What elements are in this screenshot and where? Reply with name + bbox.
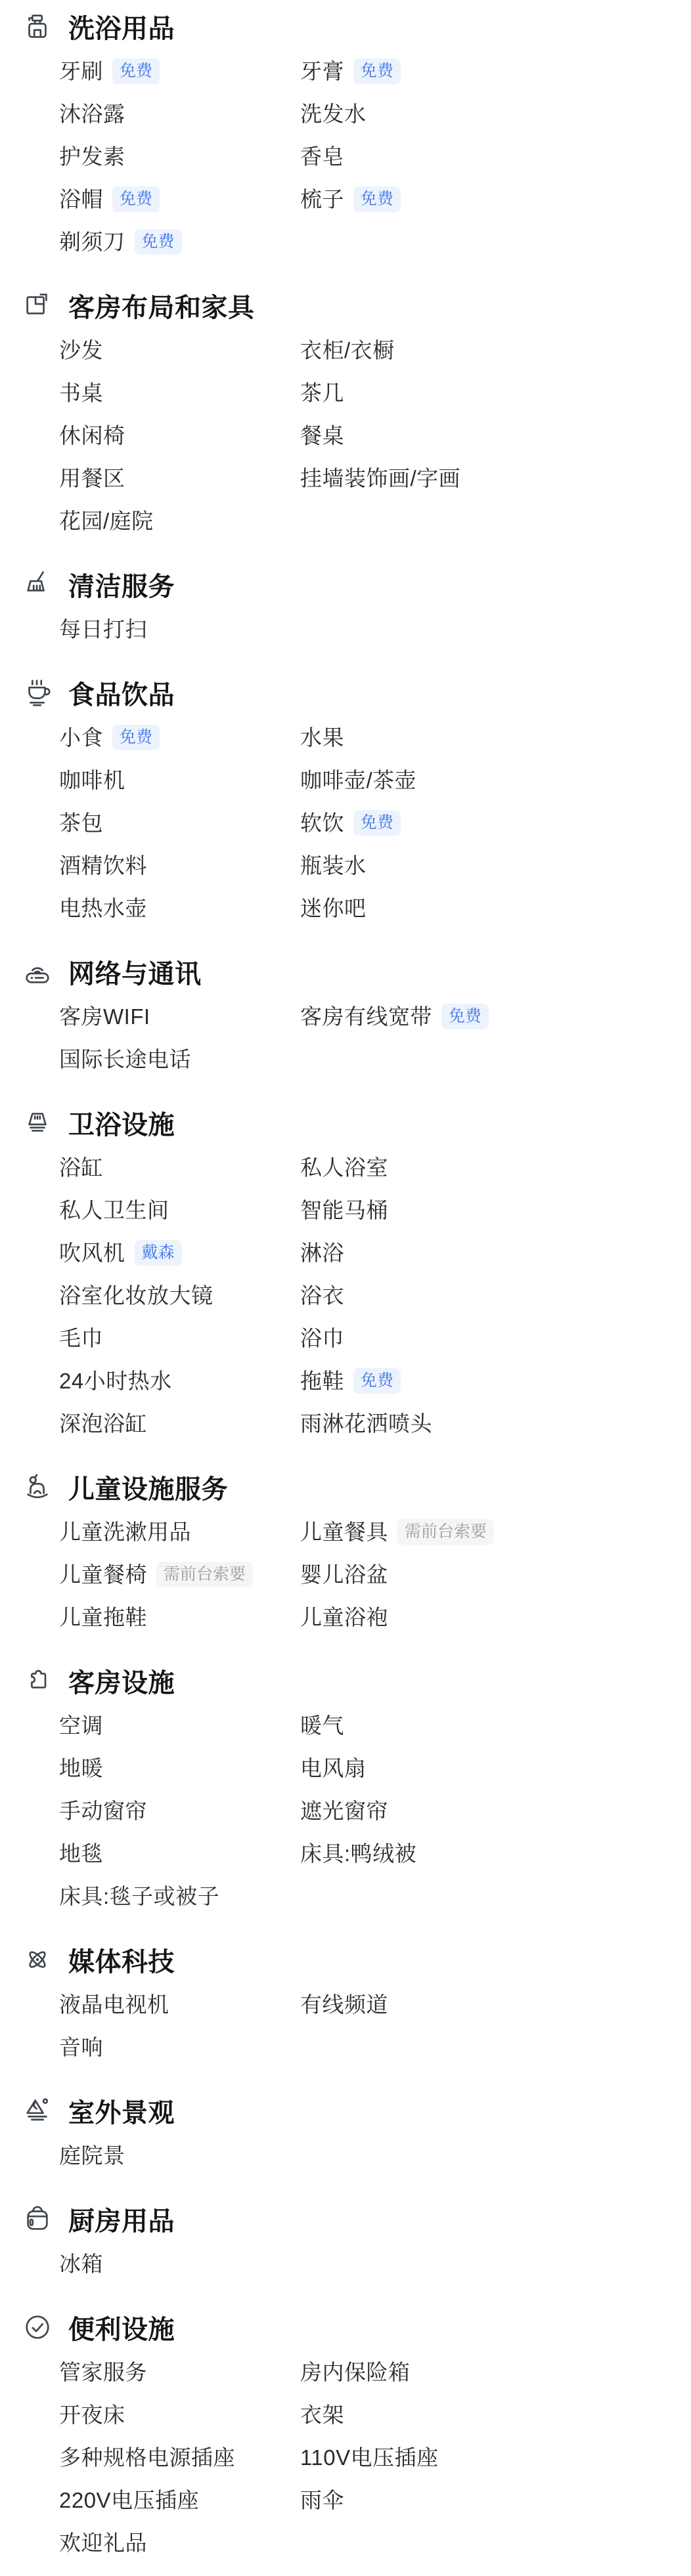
amenity-item: 手动窗帘: [59, 1798, 300, 1824]
amenity-row: 电热水壶迷你吧: [0, 887, 691, 930]
amenity-item: 瓶装水: [300, 853, 691, 879]
amenity-row: 地暖电风扇: [0, 1747, 691, 1790]
amenity-row: 空调暖气: [0, 1704, 691, 1747]
section-header: 厨房用品: [0, 2195, 691, 2243]
amenity-label: 110V电压插座: [300, 2445, 439, 2471]
amenity-row: 冰箱: [0, 2243, 691, 2285]
amenity-label: 浴室化妆放大镜: [59, 1283, 213, 1309]
amenity-row: 毛巾浴巾: [0, 1317, 691, 1360]
amenity-label: 有线频道: [300, 1992, 388, 2018]
amenity-item: 茶包: [59, 810, 300, 836]
amenity-item: 雨淋花洒喷头: [300, 1411, 691, 1437]
amenity-label: 私人卫生间: [59, 1197, 169, 1224]
amenity-item: 液晶电视机: [59, 1992, 300, 2018]
free-badge: 免费: [353, 810, 401, 836]
section-kids-facilities: 儿童设施服务儿童洗漱用品儿童餐具需前台索要儿童餐椅需前台索要婴儿浴盆儿童拖鞋儿童…: [0, 1445, 691, 1639]
section-title: 清洁服务: [68, 566, 175, 603]
amenity-label: 多种规格电源插座: [59, 2445, 235, 2471]
amenity-label: 24小时热水: [59, 1368, 172, 1394]
amenity-row: 浴缸私人浴室: [0, 1146, 691, 1189]
amenity-label: 雨伞: [300, 2487, 344, 2514]
amenity-label: 沐浴露: [59, 101, 125, 127]
section-bathroom-facilities: 卫浴设施浴缸私人浴室私人卫生间智能马桶吹风机戴森淋浴浴室化妆放大镜浴衣毛巾浴巾2…: [0, 1081, 691, 1445]
amenity-row: 管家服务房内保险箱: [0, 2351, 691, 2394]
section-title: 厨房用品: [68, 2200, 175, 2238]
free-badge: 免费: [353, 186, 401, 212]
section-header: 儿童设施服务: [0, 1463, 691, 1511]
amenity-label: 牙刷: [59, 58, 103, 85]
amenity-item: 淋浴: [300, 1240, 691, 1266]
amenity-item: 儿童浴袍: [300, 1604, 691, 1631]
amenity-row: 地毯床具:鸭绒被: [0, 1832, 691, 1875]
section-outdoor-view: 室外景观庭院景: [0, 2069, 691, 2177]
amenity-item: 吹风机戴森: [59, 1240, 300, 1266]
section-room-layout-furniture: 客房布局和家具沙发衣柜/衣橱书桌茶几休闲椅餐桌用餐区挂墙装饰画/字画花园/庭院: [0, 263, 691, 542]
section-title: 网络与通讯: [68, 953, 202, 991]
amenity-row: 吹风机戴森淋浴: [0, 1232, 691, 1274]
amenity-label: 空调: [59, 1713, 103, 1739]
amenity-row: 书桌茶几: [0, 372, 691, 414]
amenity-item: 浴衣: [300, 1283, 691, 1309]
amenity-item: 多种规格电源插座: [59, 2445, 300, 2471]
amenity-row: 儿童餐椅需前台索要婴儿浴盆: [0, 1553, 691, 1596]
amenity-item: 沙发: [59, 337, 300, 364]
amenity-row: 手动窗帘遮光窗帘: [0, 1790, 691, 1832]
pot-icon: [22, 2204, 53, 2234]
amenity-label: 电风扇: [300, 1755, 367, 1782]
amenity-row: 儿童洗漱用品儿童餐具需前台索要: [0, 1511, 691, 1553]
amenity-item: 床具:鸭绒被: [300, 1841, 691, 1867]
section-title: 卫浴设施: [68, 1104, 175, 1142]
amenity-item: 床具:毯子或被子: [59, 1883, 300, 1910]
amenity-label: 休闲椅: [59, 423, 125, 449]
amenity-item: 香皂: [300, 144, 691, 170]
amenity-label: 音响: [59, 2034, 103, 2061]
amenity-item: 私人卫生间: [59, 1197, 300, 1224]
amenity-item: 遮光窗帘: [300, 1798, 691, 1824]
amenity-item: 水果: [300, 725, 691, 751]
amenity-item: 电热水壶: [59, 895, 300, 922]
amenity-item: 雨伞: [300, 2487, 691, 2514]
amenity-item: 开夜床: [59, 2402, 300, 2428]
amenity-label: 迷你吧: [300, 895, 367, 922]
section-title: 食品饮品: [68, 674, 175, 712]
amenity-item: 书桌: [59, 380, 300, 406]
amenity-item: 护发素: [59, 144, 300, 170]
amenity-label: 浴衣: [300, 1283, 344, 1309]
section-header: 客房设施: [0, 1657, 691, 1704]
section-network-communication: 网络与通讯客房WIFI客房有线宽带免费国际长途电话: [0, 930, 691, 1081]
amenity-item: 梳子免费: [300, 186, 691, 213]
amenity-label: 地暖: [59, 1755, 103, 1782]
amenity-label: 床具:毯子或被子: [59, 1883, 219, 1910]
amenity-row: 沐浴露洗发水: [0, 93, 691, 135]
amenity-row: 深泡浴缸雨淋花洒喷头: [0, 1402, 691, 1445]
section-header: 便利设施: [0, 2304, 691, 2351]
amenity-row: 小食免费水果: [0, 716, 691, 759]
lotion-bottle-icon: [22, 11, 53, 41]
amenity-label: 地毯: [59, 1841, 103, 1867]
amenity-row: 24小时热水拖鞋免费: [0, 1360, 691, 1402]
free-badge: 免费: [112, 725, 160, 750]
amenity-label: 庭院景: [59, 2143, 125, 2169]
amenity-row: 220V电压插座雨伞: [0, 2479, 691, 2522]
amenity-item: 拖鞋免费: [300, 1368, 691, 1394]
front-desk-badge: 需前台索要: [156, 1562, 253, 1587]
amenity-label: 儿童餐具: [300, 1519, 388, 1545]
amenity-row: 沙发衣柜/衣橱: [0, 329, 691, 372]
amenity-item: 挂墙装饰画/字画: [300, 465, 691, 492]
atom-icon: [22, 1944, 53, 1975]
amenity-item: 音响: [59, 2034, 300, 2061]
section-kitchen-supplies: 厨房用品冰箱: [0, 2177, 691, 2285]
shower-steam-icon: [22, 1107, 53, 1138]
amenity-label: 浴巾: [300, 1325, 344, 1352]
amenity-label: 客房有线宽带: [300, 1004, 432, 1030]
amenity-item: 有线频道: [300, 1992, 691, 2018]
amenity-row: 用餐区挂墙装饰画/字画: [0, 457, 691, 500]
amenity-label: 拖鞋: [300, 1368, 344, 1394]
broom-icon: [22, 569, 53, 599]
amenity-label: 房内保险箱: [300, 2359, 411, 2386]
front-desk-badge: 需前台索要: [397, 1519, 494, 1545]
amenity-item: 儿童拖鞋: [59, 1604, 300, 1631]
amenity-label: 用餐区: [59, 465, 125, 492]
amenity-item: 婴儿浴盆: [300, 1562, 691, 1588]
amenity-item: 电风扇: [300, 1755, 691, 1782]
amenity-item: 小食免费: [59, 725, 300, 751]
amenity-row: 欢迎礼品: [0, 2522, 691, 2564]
amenity-label: 开夜床: [59, 2402, 125, 2428]
amenity-item: 110V电压插座: [300, 2445, 691, 2471]
amenity-label: 软饮: [300, 810, 344, 836]
section-food-drinks: 食品饮品小食免费水果咖啡机咖啡壶/茶壶茶包软饮免费酒精饮料瓶装水电热水壶迷你吧: [0, 651, 691, 930]
amenity-item: 软饮免费: [300, 810, 691, 836]
amenity-row: 国际长途电话: [0, 1038, 691, 1081]
section-title: 儿童设施服务: [68, 1469, 228, 1506]
amenity-label: 茶包: [59, 810, 103, 836]
amenity-label: 花园/庭院: [59, 508, 154, 534]
free-badge: 免费: [441, 1004, 489, 1029]
amenity-label: 护发素: [59, 144, 125, 170]
amenity-label: 雨淋花洒喷头: [300, 1411, 432, 1437]
section-room-facilities: 客房设施空调暖气地暖电风扇手动窗帘遮光窗帘地毯床具:鸭绒被床具:毯子或被子: [0, 1639, 691, 1918]
amenity-row: 液晶电视机有线频道: [0, 1983, 691, 2026]
amenity-item: 儿童餐具需前台索要: [300, 1519, 691, 1545]
amenity-item: 空调: [59, 1713, 300, 1739]
section-title: 便利设施: [68, 2309, 175, 2346]
amenity-label: 儿童餐椅: [59, 1562, 147, 1588]
amenity-row: 休闲椅餐桌: [0, 414, 691, 457]
amenity-item: 衣柜/衣橱: [300, 337, 691, 364]
amenity-label: 淋浴: [300, 1240, 344, 1266]
amenities-list: 洗浴用品牙刷免费牙膏免费沐浴露洗发水护发素香皂浴帽免费梳子免费剃须刀免费客房布局…: [0, 0, 691, 2564]
amenity-item: 儿童洗漱用品: [59, 1519, 300, 1545]
amenity-label: 吹风机: [59, 1240, 125, 1266]
coffee-cup-icon: [22, 677, 53, 708]
brand-badge: 戴森: [135, 1240, 182, 1266]
amenity-item: 深泡浴缸: [59, 1411, 300, 1437]
amenity-label: 遮光窗帘: [300, 1798, 388, 1824]
amenity-item: 毛巾: [59, 1325, 300, 1352]
free-badge: 免费: [353, 58, 401, 84]
amenity-item: 客房WIFI: [59, 1004, 300, 1030]
amenity-label: 220V电压插座: [59, 2487, 199, 2514]
amenity-item: 房内保险箱: [300, 2359, 691, 2386]
amenity-item: 浴帽免费: [59, 186, 300, 213]
amenity-item: 酒精饮料: [59, 853, 300, 879]
amenity-row: 庭院景: [0, 2134, 691, 2177]
amenity-label: 欢迎礼品: [59, 2530, 147, 2556]
section-cleaning-services: 清洁服务每日打扫: [0, 542, 691, 651]
amenity-label: 智能马桶: [300, 1197, 388, 1224]
amenity-label: 衣架: [300, 2402, 344, 2428]
amenity-item: 国际长途电话: [59, 1046, 300, 1073]
amenity-label: 餐桌: [300, 423, 344, 449]
free-badge: 免费: [112, 186, 160, 212]
amenity-row: 咖啡机咖啡壶/茶壶: [0, 759, 691, 802]
amenity-label: 电热水壶: [59, 895, 147, 922]
floor-plan-icon: [22, 290, 53, 320]
amenity-item: 欢迎礼品: [59, 2530, 300, 2556]
amenity-label: 儿童洗漱用品: [59, 1519, 191, 1545]
amenity-item: 咖啡壶/茶壶: [300, 767, 691, 794]
amenity-label: 毛巾: [59, 1325, 103, 1352]
amenity-label: 剃须刀: [59, 229, 125, 255]
amenity-label: 牙膏: [300, 58, 344, 85]
amenity-item: 浴室化妆放大镜: [59, 1283, 300, 1309]
section-title: 室外景观: [68, 2092, 175, 2130]
puzzle-icon: [22, 1665, 53, 1696]
amenity-row: 开夜床衣架: [0, 2394, 691, 2436]
rocking-horse-icon: [22, 1472, 53, 1502]
amenity-label: 液晶电视机: [59, 1992, 169, 2018]
section-title: 客房设施: [68, 1662, 175, 1700]
amenity-row: 茶包软饮免费: [0, 802, 691, 844]
amenity-item: 每日打扫: [59, 616, 300, 643]
amenity-label: 婴儿浴盆: [300, 1562, 388, 1588]
amenity-label: 深泡浴缸: [59, 1411, 147, 1437]
amenity-label: 沙发: [59, 337, 103, 364]
section-header: 客房布局和家具: [0, 282, 691, 329]
amenity-row: 剃须刀免费: [0, 221, 691, 263]
amenity-row: 护发素香皂: [0, 135, 691, 178]
amenity-label: 水果: [300, 725, 344, 751]
amenity-label: 浴帽: [59, 186, 103, 213]
section-toiletries: 洗浴用品牙刷免费牙膏免费沐浴露洗发水护发素香皂浴帽免费梳子免费剃须刀免费: [0, 0, 691, 263]
amenity-row: 床具:毯子或被子: [0, 1875, 691, 1918]
amenity-item: 衣架: [300, 2402, 691, 2428]
amenity-row: 每日打扫: [0, 608, 691, 651]
amenity-item: 迷你吧: [300, 895, 691, 922]
amenity-row: 私人卫生间智能马桶: [0, 1189, 691, 1232]
amenity-item: 私人浴室: [300, 1155, 691, 1181]
amenity-label: 小食: [59, 725, 103, 751]
amenity-item: 儿童餐椅需前台索要: [59, 1562, 300, 1588]
amenity-row: 儿童拖鞋儿童浴袍: [0, 1596, 691, 1639]
amenity-item: 地暖: [59, 1755, 300, 1782]
amenity-item: 冰箱: [59, 2251, 300, 2277]
amenity-row: 客房WIFI客房有线宽带免费: [0, 995, 691, 1038]
amenity-row: 浴帽免费梳子免费: [0, 178, 691, 221]
section-header: 网络与通讯: [0, 948, 691, 995]
amenity-item: 茶几: [300, 380, 691, 406]
amenity-row: 酒精饮料瓶装水: [0, 844, 691, 887]
amenity-item: 24小时热水: [59, 1368, 300, 1394]
section-title: 客房布局和家具: [68, 287, 255, 324]
free-badge: 免费: [135, 229, 182, 255]
section-header: 清洁服务: [0, 561, 691, 608]
section-header: 室外景观: [0, 2087, 691, 2134]
amenity-label: 暖气: [300, 1713, 344, 1739]
free-badge: 免费: [353, 1368, 401, 1394]
amenity-label: 客房WIFI: [59, 1004, 150, 1030]
section-convenience-facilities: 便利设施管家服务房内保险箱开夜床衣架多种规格电源插座110V电压插座220V电压…: [0, 2285, 691, 2564]
amenity-label: 浴缸: [59, 1155, 103, 1181]
amenity-label: 洗发水: [300, 101, 367, 127]
amenity-item: 用餐区: [59, 465, 300, 492]
amenity-label: 儿童浴袍: [300, 1604, 388, 1631]
amenity-label: 瓶装水: [300, 853, 367, 879]
section-media-technology: 媒体科技液晶电视机有线频道音响: [0, 1918, 691, 2069]
free-badge: 免费: [112, 58, 160, 84]
amenity-item: 洗发水: [300, 101, 691, 127]
router-wifi-icon: [22, 956, 53, 987]
amenity-item: 花园/庭院: [59, 508, 300, 534]
section-title: 洗浴用品: [68, 8, 175, 45]
amenity-row: 牙刷免费牙膏免费: [0, 50, 691, 93]
amenity-label: 每日打扫: [59, 616, 147, 643]
amenity-label: 手动窗帘: [59, 1798, 147, 1824]
amenity-item: 浴巾: [300, 1325, 691, 1352]
amenity-label: 咖啡壶/茶壶: [300, 767, 416, 794]
amenity-label: 国际长途电话: [59, 1046, 191, 1073]
section-header: 食品饮品: [0, 669, 691, 716]
amenity-row: 浴室化妆放大镜浴衣: [0, 1274, 691, 1317]
amenity-row: 音响: [0, 2026, 691, 2069]
amenity-label: 书桌: [59, 380, 103, 406]
section-header: 卫浴设施: [0, 1099, 691, 1146]
amenity-item: 智能马桶: [300, 1197, 691, 1224]
amenity-row: 多种规格电源插座110V电压插座: [0, 2436, 691, 2479]
amenity-label: 挂墙装饰画/字画: [300, 465, 460, 492]
section-title: 媒体科技: [68, 1941, 175, 1979]
amenity-item: 牙膏免费: [300, 58, 691, 85]
section-header: 洗浴用品: [0, 3, 691, 50]
amenity-item: 咖啡机: [59, 767, 300, 794]
amenity-item: 休闲椅: [59, 423, 300, 449]
check-circle-icon: [22, 2312, 53, 2342]
amenity-item: 沐浴露: [59, 101, 300, 127]
amenity-label: 咖啡机: [59, 767, 125, 794]
amenity-label: 管家服务: [59, 2359, 147, 2386]
amenity-item: 220V电压插座: [59, 2487, 300, 2514]
amenity-label: 香皂: [300, 144, 344, 170]
amenity-item: 暖气: [300, 1713, 691, 1739]
amenity-label: 梳子: [300, 186, 344, 213]
amenity-label: 冰箱: [59, 2251, 103, 2277]
amenity-item: 剃须刀免费: [59, 229, 300, 255]
amenity-item: 牙刷免费: [59, 58, 300, 85]
amenity-label: 床具:鸭绒被: [300, 1841, 416, 1867]
amenity-row: 花园/庭院: [0, 500, 691, 542]
amenity-item: 庭院景: [59, 2143, 300, 2169]
amenity-item: 客房有线宽带免费: [300, 1004, 691, 1030]
amenity-item: 地毯: [59, 1841, 300, 1867]
amenity-item: 管家服务: [59, 2359, 300, 2386]
amenity-label: 衣柜/衣橱: [300, 337, 395, 364]
amenity-item: 餐桌: [300, 423, 691, 449]
amenity-label: 茶几: [300, 380, 344, 406]
amenity-label: 酒精饮料: [59, 853, 147, 879]
section-header: 媒体科技: [0, 1936, 691, 1983]
amenity-label: 儿童拖鞋: [59, 1604, 147, 1631]
mountain-view-icon: [22, 2095, 53, 2126]
amenity-item: 浴缸: [59, 1155, 300, 1181]
amenity-label: 私人浴室: [300, 1155, 388, 1181]
